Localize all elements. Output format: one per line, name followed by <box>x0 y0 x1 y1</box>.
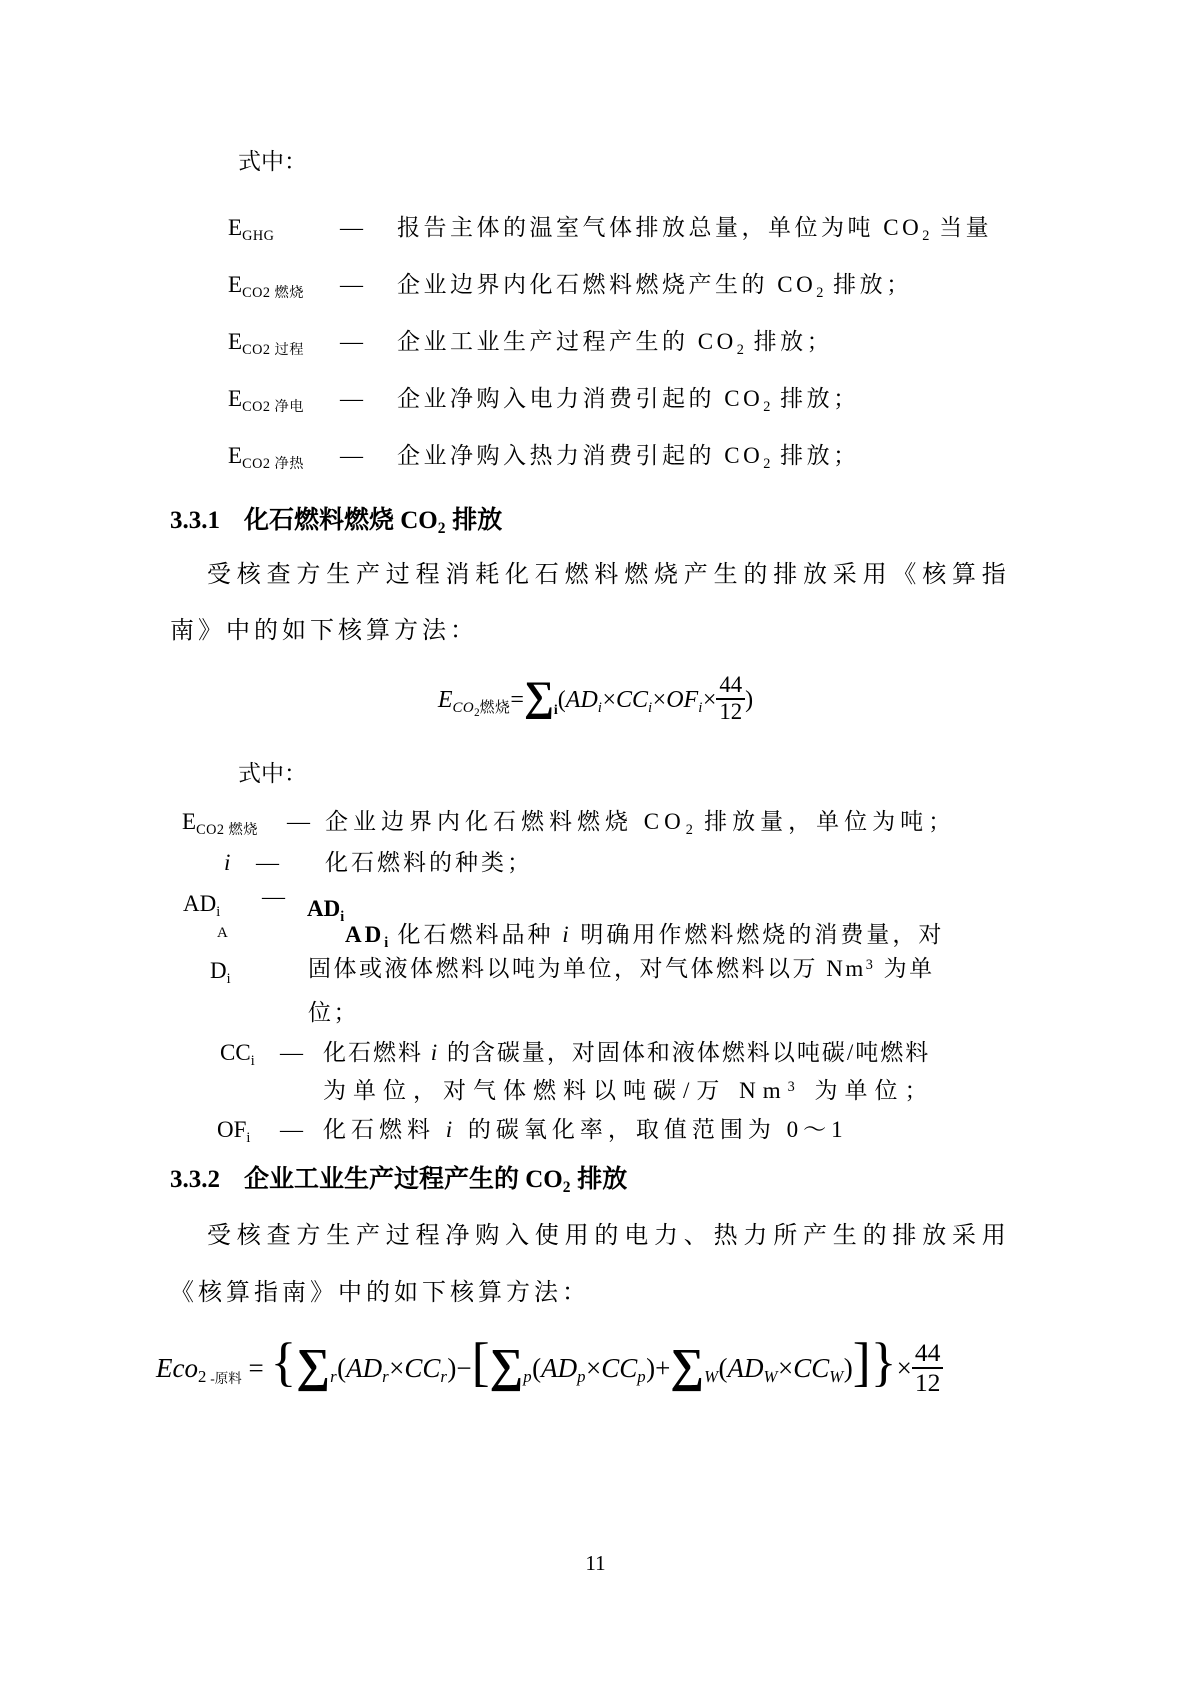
definition-symbol: ECO2 净热 <box>228 441 304 471</box>
definition-description: 化石燃料 i 的含碳量，对固体和液体燃料以吨碳/吨燃料 <box>323 1038 930 1068</box>
token-i: i <box>446 1117 457 1142</box>
token-i: AD <box>728 1353 764 1383</box>
definition-description: ADi 化石燃料品种 i 明确用作燃料燃烧的消费量，对 <box>345 920 944 950</box>
token-n: 企业边界内化石燃料燃烧产生的 CO <box>397 272 816 297</box>
token-si: CO <box>452 700 474 716</box>
definition-symbol: ECO2 燃烧 <box>182 807 258 837</box>
token-n: × <box>653 687 667 713</box>
token-i: CC <box>404 1353 440 1383</box>
token-sub: CO2 净电 <box>242 399 304 415</box>
token-b: 排放 <box>571 1166 627 1193</box>
definition-description: 化石燃料的种类； <box>325 848 533 878</box>
token-sub: CO2 过程 <box>242 342 304 358</box>
token-n: 企业净购入电力消费引起的 CO <box>397 386 763 411</box>
token-sub: 2 <box>686 822 694 838</box>
token-si: r <box>382 1367 389 1386</box>
token-sub: 2 <box>763 456 771 472</box>
definition-description: 为单位，对气体燃料以吨碳/万 Nm3 为单位； <box>323 1076 935 1106</box>
token-n: ( <box>719 1353 728 1383</box>
token-sum: ∑ <box>490 1340 524 1392</box>
section-heading-3-3-1: 3.3.1化石燃料燃烧 CO2 排放 <box>170 505 502 538</box>
dash: — <box>280 1115 303 1145</box>
token-n: 当量 <box>930 215 992 240</box>
formula-co2-combustion: ECO2燃烧=∑i(ADi×CCi×OFi×4412) <box>0 676 1191 727</box>
token-i: AD <box>541 1353 577 1383</box>
definition-symbol: ECO2 净电 <box>228 384 304 414</box>
page-number: 11 <box>0 1550 1191 1577</box>
document-page: 式中： EGHG — 报告主体的温室气体排放总量，单位为吨 CO2 当量 ECO… <box>0 0 1191 1684</box>
token-n: 化石燃料品种 <box>389 922 563 947</box>
token-n: ) <box>844 1353 853 1383</box>
token-n: )+ <box>646 1353 670 1383</box>
token-n: 位； <box>308 1000 359 1025</box>
definition-description: 企业工业生产过程产生的 CO2 排放； <box>397 327 833 357</box>
token-sub: 2 <box>763 399 771 415</box>
token-n: × <box>703 687 717 713</box>
token-sub: CO2 净热 <box>242 456 304 472</box>
token-sub: i <box>227 971 231 987</box>
token-n: × <box>778 1353 793 1383</box>
token-n: ( <box>337 1353 346 1383</box>
token-si: i <box>648 700 653 716</box>
token-n: × <box>897 1353 912 1383</box>
definition-symbol-ad-repeat: ADi <box>307 894 345 924</box>
token-n: E <box>228 215 242 240</box>
token-i: Eco <box>156 1353 198 1383</box>
token-n: 排放量，单位为吨； <box>693 809 956 834</box>
definition-symbol: i <box>224 848 230 878</box>
paragraph-332-line2: 《核算指南》中的如下核算方法： <box>170 1278 590 1309</box>
token-sub: GHG <box>242 228 274 244</box>
token-n: × <box>602 687 616 713</box>
token-n: × <box>389 1353 404 1383</box>
token-n: = <box>242 1353 271 1383</box>
token-n: ) <box>745 687 753 713</box>
dash: — <box>287 807 310 837</box>
token-n: 排放； <box>771 386 860 411</box>
token-n: E <box>228 443 242 468</box>
token-b: 企业工业生产过程产生的 CO <box>244 1166 563 1193</box>
token-n: 的含碳量，对固体和液体燃料以吨碳/吨燃料 <box>439 1040 930 1065</box>
token-i: CC <box>601 1353 637 1383</box>
token-n: 排放； <box>771 443 860 468</box>
dash: — <box>340 327 363 357</box>
token-n: 为单位； <box>802 1078 935 1103</box>
token-n: 化石燃料的种类； <box>325 850 533 875</box>
definition-symbol-ad-a: A <box>217 924 228 944</box>
token-n: E <box>228 272 242 297</box>
definition-description: 企业边界内化石燃料燃烧产生的 CO2 排放； <box>397 270 913 300</box>
token-i: i <box>224 850 230 875</box>
token-b: 排放 <box>446 507 502 534</box>
definition-description: 化石燃料 i 的碳氧化率，取值范围为 0～1 <box>323 1115 848 1145</box>
paragraph-332-line1: 受核查方生产过程净购入使用的电力、热力所产生的排放采用 <box>207 1221 1012 1252</box>
definition-description: 位； <box>308 998 359 1028</box>
token-sum: ∑ <box>524 674 554 720</box>
token-sup: 3 <box>788 1079 802 1095</box>
definition-description: 固体或液体燃料以吨为单位，对气体燃料以万 Nm3 为单 <box>308 954 935 984</box>
definition-description: 企业净购入电力消费引起的 CO2 排放； <box>397 384 860 414</box>
token-ssc: -原料 <box>207 1371 242 1386</box>
token-i: AD <box>346 1353 382 1383</box>
token-n: 排放； <box>744 329 833 354</box>
token-sub: 2 <box>737 342 745 358</box>
definition-symbol-ad-d: Di <box>210 956 231 986</box>
token-n: = <box>510 687 524 713</box>
token-si: W <box>704 1367 718 1386</box>
dash: — <box>262 882 285 912</box>
token-si: i <box>698 700 703 716</box>
token-n: E <box>228 329 242 354</box>
token-sum: ∑ <box>296 1340 330 1392</box>
token-sub: CO2 燃烧 <box>242 285 304 301</box>
token-n: ( <box>532 1353 541 1383</box>
token-n: 明确用作燃料燃烧的消费量，对 <box>572 922 945 947</box>
token-i: i <box>562 922 571 947</box>
token-big: { <box>270 1332 296 1392</box>
token-sub: 燃烧 <box>480 700 511 716</box>
token-n: × <box>586 1353 601 1383</box>
token-sub: i <box>251 1053 255 1069</box>
token-n: 企业边界内化石燃料燃烧 CO <box>325 809 686 834</box>
token-sub: CO2 燃烧 <box>196 822 258 838</box>
token-n: E <box>228 386 242 411</box>
token-frac: 4412 <box>912 1339 944 1396</box>
definition-description: 报告主体的温室气体排放总量，单位为吨 CO2 当量 <box>397 213 992 243</box>
token-sum: ∑ <box>670 1340 704 1392</box>
token-big: [ <box>472 1332 490 1392</box>
token-n: E <box>182 809 196 834</box>
dash: — <box>280 1038 303 1068</box>
token-bsub: i <box>384 935 388 951</box>
token-n: 化石燃料 <box>323 1117 446 1142</box>
definition-symbol: EGHG <box>228 213 274 243</box>
section-heading-3-3-2: 3.3.2企业工业生产过程产生的 CO2 排放 <box>170 1164 627 1197</box>
token-n: 企业净购入热力消费引起的 CO <box>397 443 763 468</box>
definition-description: 企业净购入热力消费引起的 CO2 排放； <box>397 441 860 471</box>
token-n: 排放； <box>824 272 913 297</box>
token-si: r <box>440 1367 447 1386</box>
token-sub: i <box>216 904 220 920</box>
token-n: )− <box>447 1353 471 1383</box>
token-si: W <box>829 1367 843 1386</box>
token-sup: 3 <box>866 957 876 973</box>
token-sub: 2 <box>198 1367 207 1386</box>
token-b: 3.3.2 <box>170 1166 220 1193</box>
token-i: i <box>431 1040 439 1065</box>
token-n: CC <box>220 1040 251 1065</box>
token-n: 报告主体的温室气体排放总量，单位为吨 CO <box>397 215 922 240</box>
token-b: 化石燃料燃烧 CO <box>244 507 438 534</box>
token-i: CC <box>616 687 648 713</box>
formula-intro-top: 式中： <box>238 147 307 177</box>
token-i: AD <box>566 687 598 713</box>
token-n: D <box>210 958 227 983</box>
paragraph-331-line1: 受核查方生产过程消耗化石燃料燃烧产生的排放采用《核算指 <box>207 560 1012 591</box>
token-si: W <box>764 1367 778 1386</box>
token-b: 3.3.1 <box>170 507 220 534</box>
token-b: AD <box>345 922 384 947</box>
definition-symbol: CCi <box>220 1038 255 1068</box>
dash: — <box>340 270 363 300</box>
token-n: 化石燃料 <box>323 1040 431 1065</box>
definition-symbol-ad: ADi <box>183 889 221 919</box>
token-si: p <box>577 1367 586 1386</box>
token-n: ( <box>558 687 566 713</box>
token-i: E <box>438 687 453 713</box>
token-si: p <box>523 1367 532 1386</box>
token-n: 为单 <box>875 956 934 981</box>
token-si: p <box>637 1367 646 1386</box>
formula-co2-raw-material: Eco2 -原料 = {∑r(ADr×CCr)−[∑p(ADp×CCp)+∑W(… <box>156 1342 943 1399</box>
token-si: r <box>330 1367 337 1386</box>
token-bsub: 2 <box>438 520 446 537</box>
token-sb: i <box>554 703 558 718</box>
definition-symbol: OFi <box>217 1115 251 1145</box>
token-i: CC <box>793 1353 829 1383</box>
token-n: 的碳氧化率，取值范围为 0～1 <box>457 1117 848 1142</box>
dash: — <box>340 384 363 414</box>
token-sub: 2 <box>922 228 930 244</box>
token-bsub: 2 <box>563 1179 571 1196</box>
formula-intro-2: 式中： <box>238 759 307 789</box>
token-sub: 2 <box>816 285 824 301</box>
token-i: OF <box>666 687 698 713</box>
token-big: ]} <box>853 1332 897 1392</box>
definition-symbol: ECO2 燃烧 <box>228 270 304 300</box>
dash: — <box>340 441 363 471</box>
token-b: AD <box>307 896 340 921</box>
dash: — <box>340 213 363 243</box>
token-n: 为单位，对气体燃料以吨碳/万 Nm <box>323 1078 788 1103</box>
token-frac: 4412 <box>716 673 745 724</box>
token-n: OF <box>217 1117 246 1142</box>
token-sub: i <box>246 1130 250 1146</box>
definition-symbol: ECO2 过程 <box>228 327 304 357</box>
definition-description: 企业边界内化石燃料燃烧 CO2 排放量，单位为吨； <box>325 807 956 837</box>
token-ss: 2 <box>474 707 480 719</box>
token-si: i <box>598 700 603 716</box>
paragraph-331-line2: 南》中的如下核算方法： <box>170 616 478 647</box>
dash: — <box>256 848 279 878</box>
token-n: 固体或液体燃料以吨为单位，对气体燃料以万 Nm <box>308 956 866 981</box>
token-n: 企业工业生产过程产生的 CO <box>397 329 737 354</box>
token-n: AD <box>183 891 216 916</box>
